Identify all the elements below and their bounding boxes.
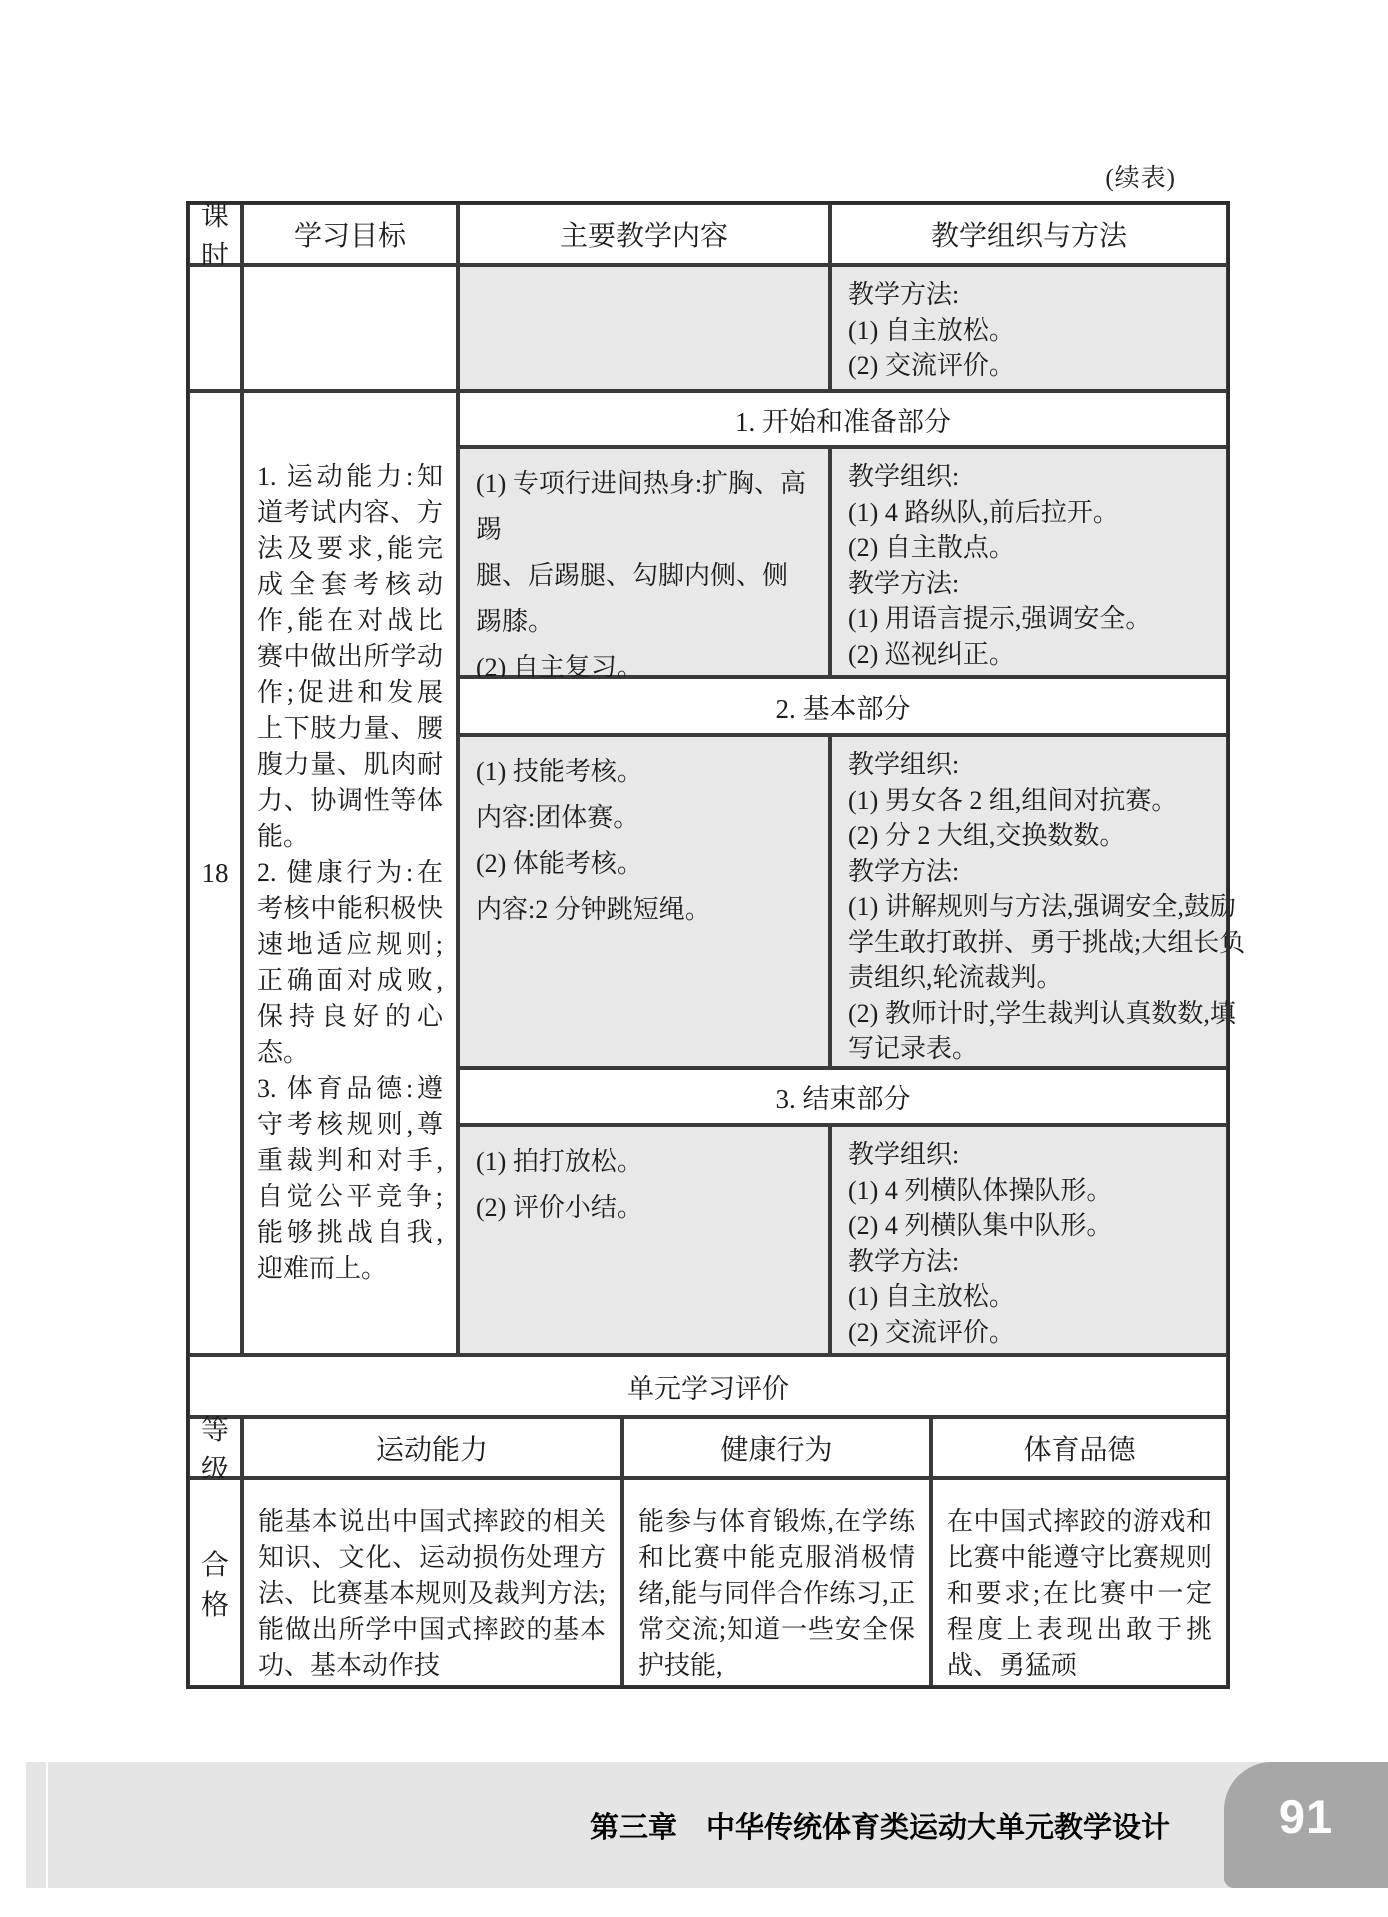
- org-line: 责组织,轮流裁判。: [848, 960, 1210, 996]
- lesson-period-cell: 18: [188, 391, 242, 1355]
- section-3-organization-cell: 教学组织: (1) 4 列横队体操队形。 (2) 4 列横队集中队形。 教学方法…: [830, 1125, 1228, 1355]
- content-line: (2) 评价小结。: [476, 1185, 812, 1231]
- org-line: (2) 巡视纠正。: [848, 637, 1210, 673]
- org-line: (1) 自主放松。: [848, 1279, 1210, 1315]
- org-line: (1) 用语言提示,强调安全。: [848, 601, 1210, 637]
- chapter-title: 第三章 中华传统体育类运动大单元教学设计: [590, 1762, 1170, 1888]
- org-line: (1) 讲解规则与方法,强调安全,鼓励: [848, 889, 1210, 925]
- section-1-organization-cell: 教学组织: (1) 4 路纵队,前后拉开。 (2) 自主散点。 教学方法: (1…: [830, 447, 1228, 677]
- org-line: (2) 教师计时,学生裁判认真数数,填: [848, 996, 1210, 1032]
- content-line: (1) 专项行进间热身:扩胸、高踢: [476, 461, 812, 553]
- evaluation-header-motor: 运动能力: [242, 1417, 622, 1478]
- evaluation-health-cell: 能参与体育锻炼,在学练和比赛中能克服消极情绪,能与同伴合作练习,正常交流;知道一…: [622, 1478, 931, 1687]
- section-1-content-cell: (1) 专项行进间热身:扩胸、高踢 腿、后踢腿、勾脚内侧、侧踢膝。 (2) 自主…: [458, 447, 830, 677]
- org-line: (1) 男女各 2 组,组间对抗赛。: [848, 783, 1210, 819]
- teaching-plan-table: 课时 学习目标 主要教学内容 教学组织与方法 教学方法: (1) 自主放松。 (…: [188, 203, 1228, 1687]
- evaluation-title: 单元学习评价: [188, 1355, 1228, 1417]
- objective-health: 2. 健康行为:在考核中能积极快速地适应规则;正确面对成败,保持良好的心态。: [257, 855, 443, 1071]
- evaluation-grade-cell: 合格: [188, 1478, 242, 1687]
- header-period: 课时: [188, 203, 242, 265]
- org-line: 教学方法:: [848, 854, 1210, 890]
- method-line: 教学方法:: [848, 277, 1210, 313]
- org-line: 教学组织:: [848, 1137, 1210, 1173]
- org-line: (2) 分 2 大组,交换数数。: [848, 818, 1210, 854]
- org-line: (1) 4 列横队体操队形。: [848, 1173, 1210, 1209]
- continued-table-label: (续表): [1105, 158, 1176, 194]
- objective-motor: 1. 运动能力:知道考试内容、方法及要求,能完成全套考核动作,能在对战比赛中做出…: [257, 459, 443, 855]
- evaluation-header-morality: 体育品德: [931, 1417, 1228, 1478]
- method-line: (1) 自主放松。: [848, 313, 1210, 349]
- org-line: 教学方法:: [848, 1244, 1210, 1280]
- section-3-content-cell: (1) 拍打放松。 (2) 评价小结。: [458, 1125, 830, 1355]
- evaluation-morality-cell: 在中国式摔跤的游戏和比赛中能遵守比赛规则和要求;在比赛中一定程度上表现出敢于挑战…: [931, 1478, 1228, 1687]
- content-line: 内容:2 分钟跳短绳。: [476, 887, 812, 933]
- org-line: 写记录表。: [848, 1031, 1210, 1067]
- content-line: 内容:团体赛。: [476, 795, 812, 841]
- carryover-objectives-cell: [242, 265, 458, 391]
- content-line: 腿、后踢腿、勾脚内侧、侧踢膝。: [476, 553, 812, 645]
- content-line: (1) 技能考核。: [476, 749, 812, 795]
- section-2-organization-cell: 教学组织: (1) 男女各 2 组,组间对抗赛。 (2) 分 2 大组,交换数数…: [830, 735, 1228, 1068]
- section-2-title: 2. 基本部分: [458, 677, 1228, 735]
- section-2-content-cell: (1) 技能考核。 内容:团体赛。 (2) 体能考核。 内容:2 分钟跳短绳。: [458, 735, 830, 1068]
- evaluation-header-grade: 等级: [188, 1417, 242, 1478]
- section-3-title: 3. 结束部分: [458, 1068, 1228, 1125]
- page-number: 91: [1279, 1789, 1333, 1844]
- carryover-organization-cell: 教学方法: (1) 自主放松。 (2) 交流评价。: [830, 265, 1228, 391]
- org-line: (1) 4 路纵队,前后拉开。: [848, 495, 1210, 531]
- header-objectives: 学习目标: [242, 203, 458, 265]
- content-line: (2) 体能考核。: [476, 841, 812, 887]
- page-number-badge: 91: [1224, 1762, 1388, 1888]
- header-content: 主要教学内容: [458, 203, 830, 265]
- header-organization: 教学组织与方法: [830, 203, 1228, 265]
- evaluation-motor-cell: 能基本说出中国式摔跤的相关知识、文化、运动损伤处理方法、比赛基本规则及裁判方法;…: [242, 1478, 622, 1687]
- footer-accent-square: [26, 1762, 46, 1888]
- section-1-title: 1. 开始和准备部分: [458, 391, 1228, 447]
- org-line: (2) 自主散点。: [848, 530, 1210, 566]
- org-line: 教学组织:: [848, 747, 1210, 783]
- carryover-period-cell: [188, 265, 242, 391]
- org-line: (2) 4 列横队集中队形。: [848, 1208, 1210, 1244]
- objective-morality: 3. 体育品德:遵守考核规则,尊重裁判和对手,自觉公平竞争;能够挑战自我,迎难而…: [257, 1071, 443, 1287]
- evaluation-header-health: 健康行为: [622, 1417, 931, 1478]
- org-line: 教学组织:: [848, 459, 1210, 495]
- content-line: (1) 拍打放松。: [476, 1139, 812, 1185]
- org-line: (2) 交流评价。: [848, 1315, 1210, 1351]
- lesson-objectives-cell: 1. 运动能力:知道考试内容、方法及要求,能完成全套考核动作,能在对战比赛中做出…: [242, 391, 458, 1355]
- org-line: 学生敢打敢拼、勇于挑战;大组长负: [848, 925, 1210, 961]
- org-line: 教学方法:: [848, 566, 1210, 602]
- method-line: (2) 交流评价。: [848, 348, 1210, 384]
- carryover-content-cell: [458, 265, 830, 391]
- document-page: (续表) 课时 学习目标 主要教学内容 教学组织与方法 教学方法: (1) 自主…: [0, 0, 1388, 1917]
